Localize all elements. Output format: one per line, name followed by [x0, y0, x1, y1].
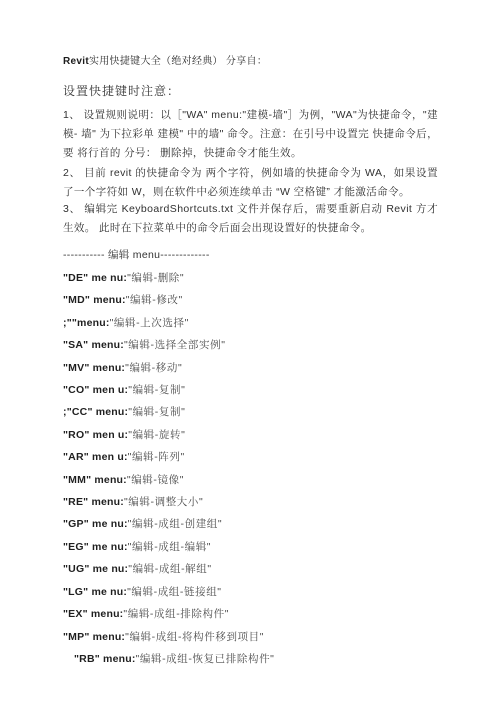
shortcut-row: "MD" menu:"编辑-修改": [63, 289, 438, 311]
shortcut-row: "MV" menu:"编辑-移动": [63, 357, 438, 379]
shortcut-label: "编辑-镜像": [127, 474, 184, 486]
shortcut-label: "编辑-成组-创建组": [128, 518, 223, 530]
shortcut-code: "UG" me nu:: [63, 563, 128, 575]
notice-heading: 设置快捷键时注意：: [63, 84, 438, 98]
shortcut-row: "UG" me nu:"编辑-成组-解组": [63, 558, 438, 580]
shortcut-label: "编辑-成组-排除构件": [123, 608, 229, 620]
shortcut-code: "EG" me nu:: [63, 541, 128, 553]
shortcut-label: "编辑-复制": [128, 406, 185, 418]
shortcut-code: "EX" menu:: [63, 608, 123, 620]
page-title: Revit实用快捷键大全（绝对经典） 分享自：: [63, 56, 438, 68]
shortcut-row: ;"CC" menu:"编辑-复制": [63, 401, 438, 423]
shortcut-label: "编辑-修改": [126, 294, 183, 306]
shortcut-code: "MD" menu:: [63, 294, 126, 306]
title-brand: Revit: [63, 56, 89, 67]
shortcut-label: "编辑-成组-恢复已排除构件": [136, 653, 275, 665]
shortcut-row: "EX" menu:"编辑-成组-排除构件": [63, 603, 438, 625]
shortcut-row: "DE" me nu:"编辑-删除": [63, 267, 438, 289]
section-divider: ----------- 编辑 menu-------------: [63, 248, 438, 262]
document-page: Revit实用快捷键大全（绝对经典） 分享自： 设置快捷键时注意： 1、 设置规…: [0, 0, 500, 708]
shortcut-row: "LG" me nu:"编辑-成组-链接组": [63, 581, 438, 603]
shortcut-row: "SA" menu:"编辑-选择全部实例": [63, 334, 438, 356]
shortcut-code: "RE" menu:: [63, 496, 124, 508]
shortcut-row: "RE" menu:"编辑-调整大小": [63, 491, 438, 513]
shortcut-code: "MP" menu:: [63, 631, 125, 643]
shortcut-label: "编辑-成组-编辑": [128, 541, 211, 553]
shortcut-row: "CO" men u:"编辑-复制": [63, 379, 438, 401]
shortcut-label: "编辑-调整大小": [124, 496, 203, 508]
shortcut-label: "编辑-成组-将构件移到项目": [125, 631, 264, 643]
shortcut-row: "MM" menu:"编辑-镜像": [63, 469, 438, 491]
title-text: 实用快捷键大全（绝对经典） 分享自：: [89, 56, 267, 67]
paragraph-rule-1: 1、 设置规则说明：以［"WA" menu:"建模-墙"］为例，"WA"为快捷命…: [63, 106, 438, 163]
shortcut-row: "EG" me nu:"编辑-成组-编辑": [63, 536, 438, 558]
shortcut-code: "CO" men u:: [63, 384, 128, 396]
shortcut-code: "MM" menu:: [63, 474, 127, 486]
shortcut-row: ;""menu:"编辑-上次选择": [63, 312, 438, 334]
shortcut-label: "编辑-移动": [125, 362, 182, 374]
shortcut-label: "编辑-成组-解组": [128, 563, 211, 575]
paragraph-rule-2: 2、 目前 revit 的快捷命令为 两个字符，例如墙的快捷命令为 WA，如果设…: [63, 164, 438, 202]
shortcut-row: "AR" men u:"编辑-阵列": [63, 446, 438, 468]
shortcut-code: ;"CC" menu:: [63, 406, 128, 418]
shortcut-row: "MP" menu:"编辑-成组-将构件移到项目": [63, 626, 438, 648]
shortcut-code: ;""menu:: [63, 317, 110, 329]
shortcut-row: "RB" menu:"编辑-成组-恢复已排除构件": [63, 648, 438, 670]
shortcut-code: "RB" menu:: [74, 653, 136, 665]
shortcut-code: "DE" me nu:: [63, 272, 127, 284]
shortcut-code: "MV" menu:: [63, 362, 125, 374]
shortcut-label: "编辑-选择全部实例": [124, 339, 226, 351]
shortcut-code: "LG" me nu:: [63, 586, 127, 598]
shortcut-row: "GP" me nu:"编辑-成组-创建组": [63, 513, 438, 535]
shortcut-row: "RO" men u:"编辑-旋转": [63, 424, 438, 446]
shortcut-code: "GP" me nu:: [63, 518, 128, 530]
shortcut-code: "SA" menu:: [63, 339, 124, 351]
shortcut-label: "编辑-复制": [128, 384, 185, 396]
shortcut-label: "编辑-上次选择": [110, 317, 189, 329]
shortcut-label: "编辑-阵列": [128, 451, 185, 463]
shortcut-label: "编辑-删除": [127, 272, 184, 284]
shortcut-list: "DE" me nu:"编辑-删除""MD" menu:"编辑-修改";""me…: [63, 267, 438, 670]
shortcut-label: "编辑-旋转": [128, 429, 185, 441]
shortcut-label: "编辑-成组-链接组": [127, 586, 222, 598]
shortcut-code: "RO" men u:: [63, 429, 128, 441]
paragraph-rule-3: 3、 编辑完 KeyboardShortcuts.txt 文件并保存后，需要重新…: [63, 200, 438, 238]
shortcut-code: "AR" men u:: [63, 451, 128, 463]
